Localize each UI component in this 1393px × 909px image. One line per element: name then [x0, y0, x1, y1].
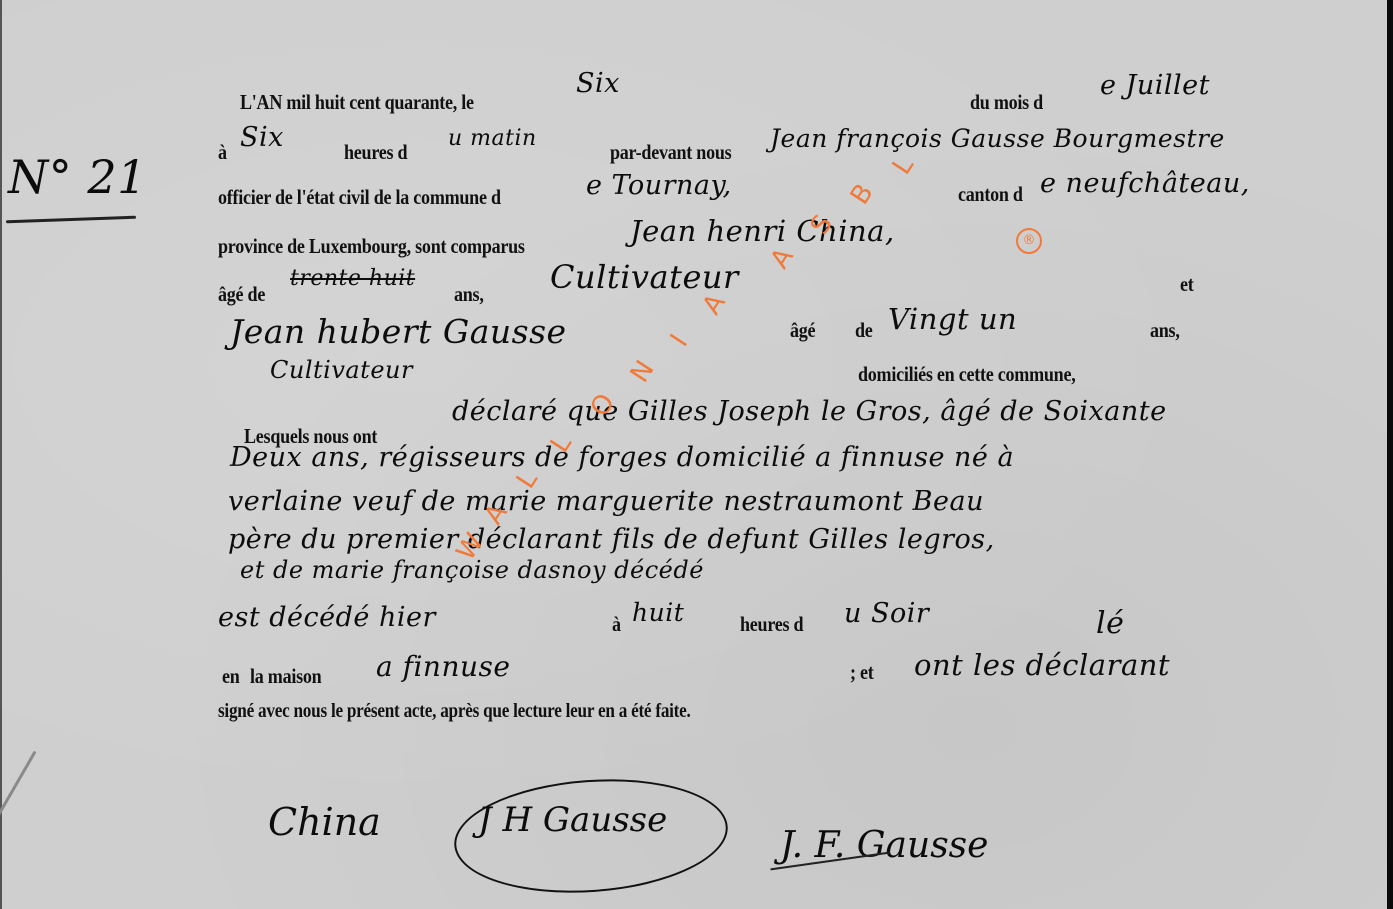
right-border: [1387, 0, 1393, 909]
signature-china: China: [268, 800, 381, 844]
printed-line5-suffix: et: [1180, 272, 1194, 297]
printed-closing: signé avec nous le présent acte, après q…: [218, 700, 691, 723]
printed-line2-prefix: à: [218, 140, 227, 165]
printed-line2-suffix: par-devant nous: [610, 140, 731, 165]
left-border: [0, 0, 2, 909]
printed-line1-prefix: L'AN mil huit cent quarante, le: [240, 90, 474, 115]
printed-line6-mid: âgé: [790, 318, 815, 343]
hw-canton: e neufchâteau,: [1040, 168, 1250, 199]
hw-death-time-of-day: u Soir: [844, 598, 929, 629]
printed-house-et: ; et: [850, 660, 874, 685]
pencil-mark: [0, 751, 37, 835]
watermark-letter-i: I: [665, 329, 694, 352]
hw-death-when: est décédé hier: [218, 602, 436, 633]
hw-death-hour: huit: [632, 598, 684, 627]
printed-line5-prefix: âgé de: [218, 282, 265, 307]
printed-line3-mid: canton d: [958, 182, 1023, 207]
document-page: N° 21 L'AN mil huit cent quarante, le Si…: [0, 0, 1387, 909]
hw-comparant1-name: Jean henri China,: [630, 214, 895, 248]
signature-jf-gausse: J. F. Gausse: [780, 825, 988, 866]
signature-jh-gausse: J H Gausse: [478, 800, 667, 840]
hw-hour: Six: [240, 122, 284, 153]
printed-house-maison: la maison: [250, 664, 321, 689]
hw-comparant2-name: Jean hubert Gausse: [230, 312, 567, 351]
hw-signers-note-insert: lé: [1096, 606, 1124, 641]
hw-comparant2-age: Vingt un: [888, 302, 1017, 336]
hw-comparant1-age: trente huit: [290, 266, 415, 291]
watermark-letter-l3: L: [887, 152, 920, 180]
printed-line3-prefix: officier de l'état civil de la commune d: [218, 185, 501, 210]
hw-day: Six: [576, 68, 620, 99]
hw-time-of-day: u matin: [448, 126, 537, 151]
printed-line5-mid: ans,: [454, 282, 484, 307]
hw-signers-note: ont les déclarant: [914, 648, 1170, 682]
record-number: N° 21: [8, 150, 147, 204]
printed-line6-suffix: ans,: [1150, 318, 1180, 343]
printed-line2-mid: heures d: [344, 140, 407, 165]
hw-declaration-line3: verlaine veuf de marie marguerite nestra…: [228, 486, 984, 517]
hw-declaration-line1: déclaré que Gilles Joseph le Gros, âgé d…: [452, 396, 1167, 427]
hw-declaration-line4: père du premier déclarant fils de defunt…: [228, 524, 995, 555]
printed-death-heures: heures d: [740, 612, 803, 637]
printed-line4-prefix: province de Luxembourg, sont comparus: [218, 234, 525, 259]
printed-death-a: à: [612, 612, 621, 637]
record-number-underline: [6, 216, 136, 224]
hw-commune: e Tournay,: [586, 170, 732, 201]
printed-line6-de: de: [855, 318, 873, 343]
watermark-letter-n: N: [625, 355, 661, 388]
hw-officer: Jean françois Gausse Bourgmestre: [770, 124, 1225, 153]
hw-declaration-line2: Deux ans, régisseurs de forges domicilié…: [230, 442, 1014, 473]
printed-line7-suffix: domiciliés en cette commune,: [858, 362, 1075, 387]
printed-line1-mid: du mois d: [970, 90, 1043, 115]
watermark-registered-icon: ®: [1016, 228, 1042, 254]
watermark-letter-b: B: [845, 179, 880, 210]
hw-comparant2-occupation: Cultivateur: [270, 356, 413, 384]
hw-month: e Juillet: [1100, 70, 1210, 101]
hw-death-place: a finnuse: [376, 650, 510, 683]
printed-house-prefix: en: [222, 664, 240, 689]
